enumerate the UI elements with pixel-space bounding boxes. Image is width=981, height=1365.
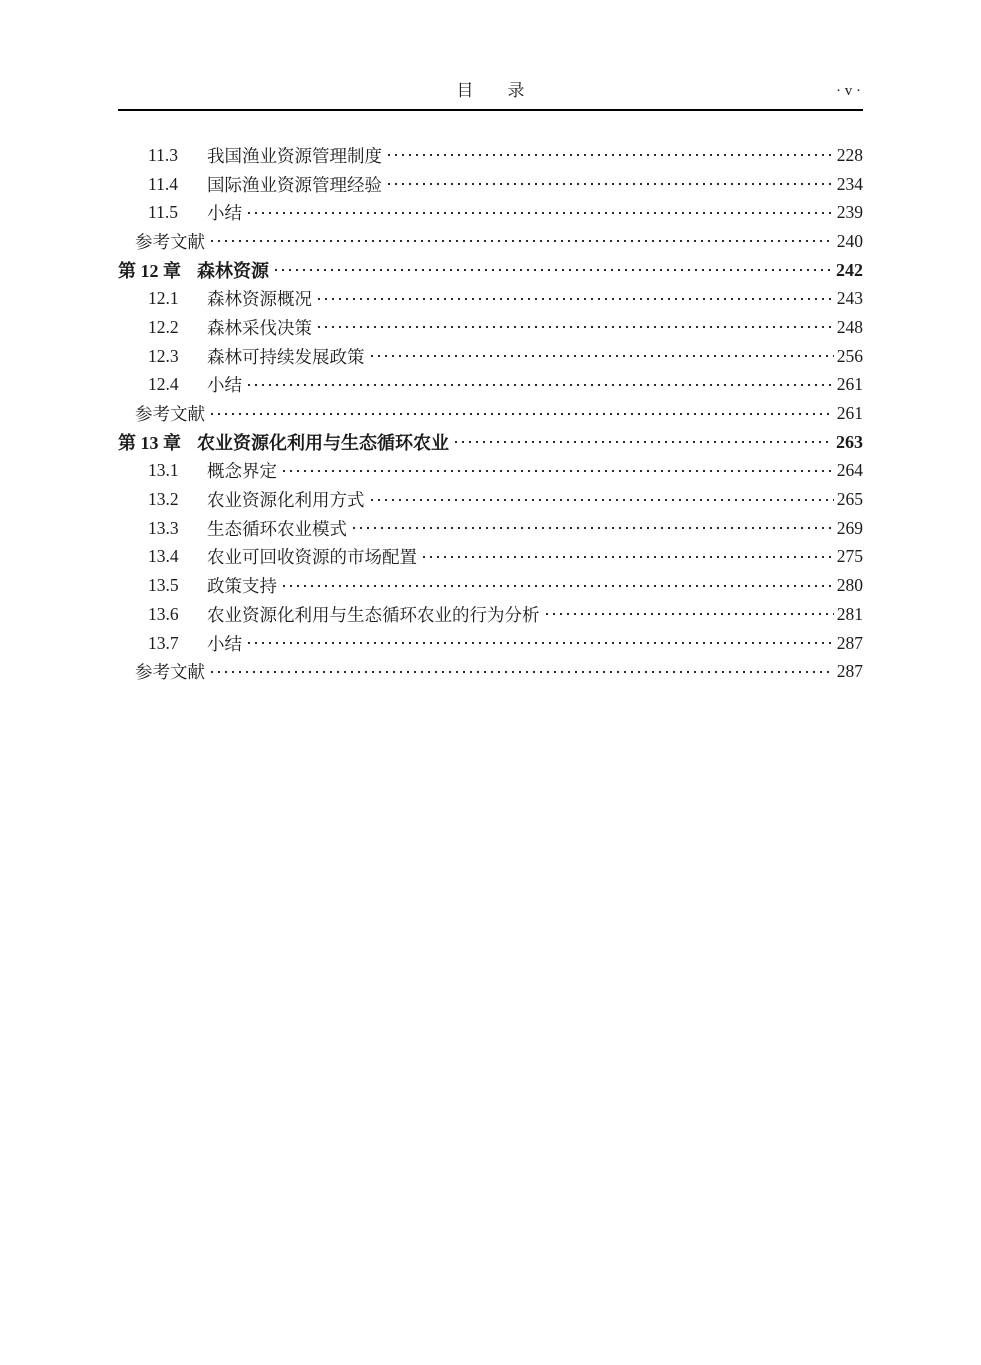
entry-title: 森林资源 (197, 257, 269, 283)
entry-page: 234 (837, 174, 863, 195)
dot-leader (283, 585, 834, 587)
entry-page: 248 (837, 317, 863, 338)
entry-title: 农业资源化利用与生态循环农业 (197, 429, 449, 455)
entry-page: 264 (837, 460, 863, 481)
dot-leader (318, 326, 834, 328)
toc-entry-row: 13.7 小结 287 (118, 629, 863, 658)
entry-number: 13.1 (148, 460, 207, 481)
toc-entry-row: 12.4 小结 261 (118, 371, 863, 400)
entry-number: 12.4 (148, 374, 207, 395)
dot-leader (248, 642, 834, 644)
entry-title: 参考文献 (135, 401, 205, 426)
toc-entry-row: 13.3 生态循环农业模式 269 (118, 514, 863, 543)
dot-leader (388, 183, 834, 185)
entry-title: 生态循环农业模式 (207, 516, 347, 541)
toc-entry-row: 12.1 森林资源概况 243 (118, 284, 863, 313)
entry-page: 275 (837, 546, 863, 567)
dot-leader (211, 671, 834, 673)
entry-number: 13.6 (148, 604, 207, 625)
entry-number: 13.4 (148, 546, 207, 567)
entry-page: 261 (837, 374, 863, 395)
page-header: 目 录 · v · (118, 78, 863, 104)
dot-leader (546, 613, 834, 615)
entry-page: 228 (837, 145, 863, 166)
entry-page: 269 (837, 518, 863, 539)
entry-number: 12.1 (148, 288, 207, 309)
dot-leader (248, 212, 834, 214)
entry-number: 11.5 (148, 202, 207, 223)
dot-leader (248, 384, 834, 386)
toc-entry-row: 11.4 国际渔业资源管理经验 234 (118, 170, 863, 199)
entry-number: 13.2 (148, 489, 207, 510)
entry-number: 11.4 (148, 174, 207, 195)
toc-chapter-row: 第 12 章 森林资源 242 (118, 256, 863, 285)
entry-title: 小结 (207, 200, 242, 225)
toc-entry-row: 12.3 森林可持续发展政策 256 (118, 342, 863, 371)
entry-title: 森林资源概况 (207, 286, 312, 311)
entry-title: 森林可持续发展政策 (207, 344, 365, 369)
dot-leader (211, 413, 834, 415)
toc-chapter-row: 第 13 章 农业资源化利用与生态循环农业 263 (118, 428, 863, 457)
entry-number: 11.3 (148, 145, 207, 166)
document-page: 目 录 · v · 11.3 我国渔业资源管理制度 228 11.4 国际渔业资… (0, 0, 981, 1365)
entry-title: 参考文献 (135, 659, 205, 684)
entry-title: 森林采伐决策 (207, 315, 312, 340)
dot-leader (353, 527, 834, 529)
entry-number: 13.5 (148, 575, 207, 596)
toc-entry-row: 12.2 森林采伐决策 248 (118, 313, 863, 342)
entry-title: 农业资源化利用与生态循环农业的行为分析 (207, 602, 540, 627)
dot-leader (371, 499, 834, 501)
toc-entry-row: 11.3 我国渔业资源管理制度 228 (118, 141, 863, 170)
entry-page: 240 (837, 231, 863, 252)
entry-page: 281 (837, 604, 863, 625)
entry-title: 概念界定 (207, 458, 277, 483)
dot-leader (283, 470, 834, 472)
dot-leader (423, 556, 834, 558)
page-number: · v · (836, 78, 861, 104)
toc-entry-row: 参考文献 287 (118, 657, 863, 686)
dot-leader (318, 298, 834, 300)
entry-number: 第 13 章 (118, 429, 181, 455)
entry-page: 243 (837, 288, 863, 309)
entry-page: 239 (837, 202, 863, 223)
header-rule (118, 109, 863, 111)
dot-leader (388, 154, 834, 156)
entry-page: 287 (837, 661, 863, 682)
entry-number: 13.3 (148, 518, 207, 539)
toc-entry-row: 13.5 政策支持 280 (118, 571, 863, 600)
entry-title: 政策支持 (207, 573, 277, 598)
entry-page: 287 (837, 633, 863, 654)
entry-title: 农业资源化利用方式 (207, 487, 365, 512)
toc-entry-row: 13.6 农业资源化利用与生态循环农业的行为分析 281 (118, 600, 863, 629)
dot-leader (275, 269, 833, 271)
page-title: 目 录 (118, 78, 863, 104)
entry-number: 12.2 (148, 317, 207, 338)
dot-leader (455, 441, 833, 443)
entry-page: 261 (837, 403, 863, 424)
toc-list: 11.3 我国渔业资源管理制度 228 11.4 国际渔业资源管理经验 234 … (118, 141, 863, 686)
entry-title: 国际渔业资源管理经验 (207, 172, 382, 197)
toc-entry-row: 13.2 农业资源化利用方式 265 (118, 485, 863, 514)
entry-title: 小结 (207, 631, 242, 656)
entry-title: 参考文献 (135, 229, 205, 254)
toc-entry-row: 参考文献 261 (118, 399, 863, 428)
entry-page: 265 (837, 489, 863, 510)
entry-number: 13.7 (148, 633, 207, 654)
dot-leader (211, 240, 834, 242)
entry-page: 242 (836, 260, 863, 281)
entry-title: 小结 (207, 372, 242, 397)
toc-entry-row: 参考文献 240 (118, 227, 863, 256)
entry-page: 263 (836, 432, 863, 453)
entry-page: 280 (837, 575, 863, 596)
entry-title: 农业可回收资源的市场配置 (207, 544, 417, 569)
entry-number: 12.3 (148, 346, 207, 367)
toc-entry-row: 13.1 概念界定 264 (118, 457, 863, 486)
entry-title: 我国渔业资源管理制度 (207, 143, 382, 168)
entry-page: 256 (837, 346, 863, 367)
toc-entry-row: 13.4 农业可回收资源的市场配置 275 (118, 543, 863, 572)
toc-entry-row: 11.5 小结 239 (118, 198, 863, 227)
dot-leader (371, 355, 834, 357)
entry-number: 第 12 章 (118, 257, 181, 283)
